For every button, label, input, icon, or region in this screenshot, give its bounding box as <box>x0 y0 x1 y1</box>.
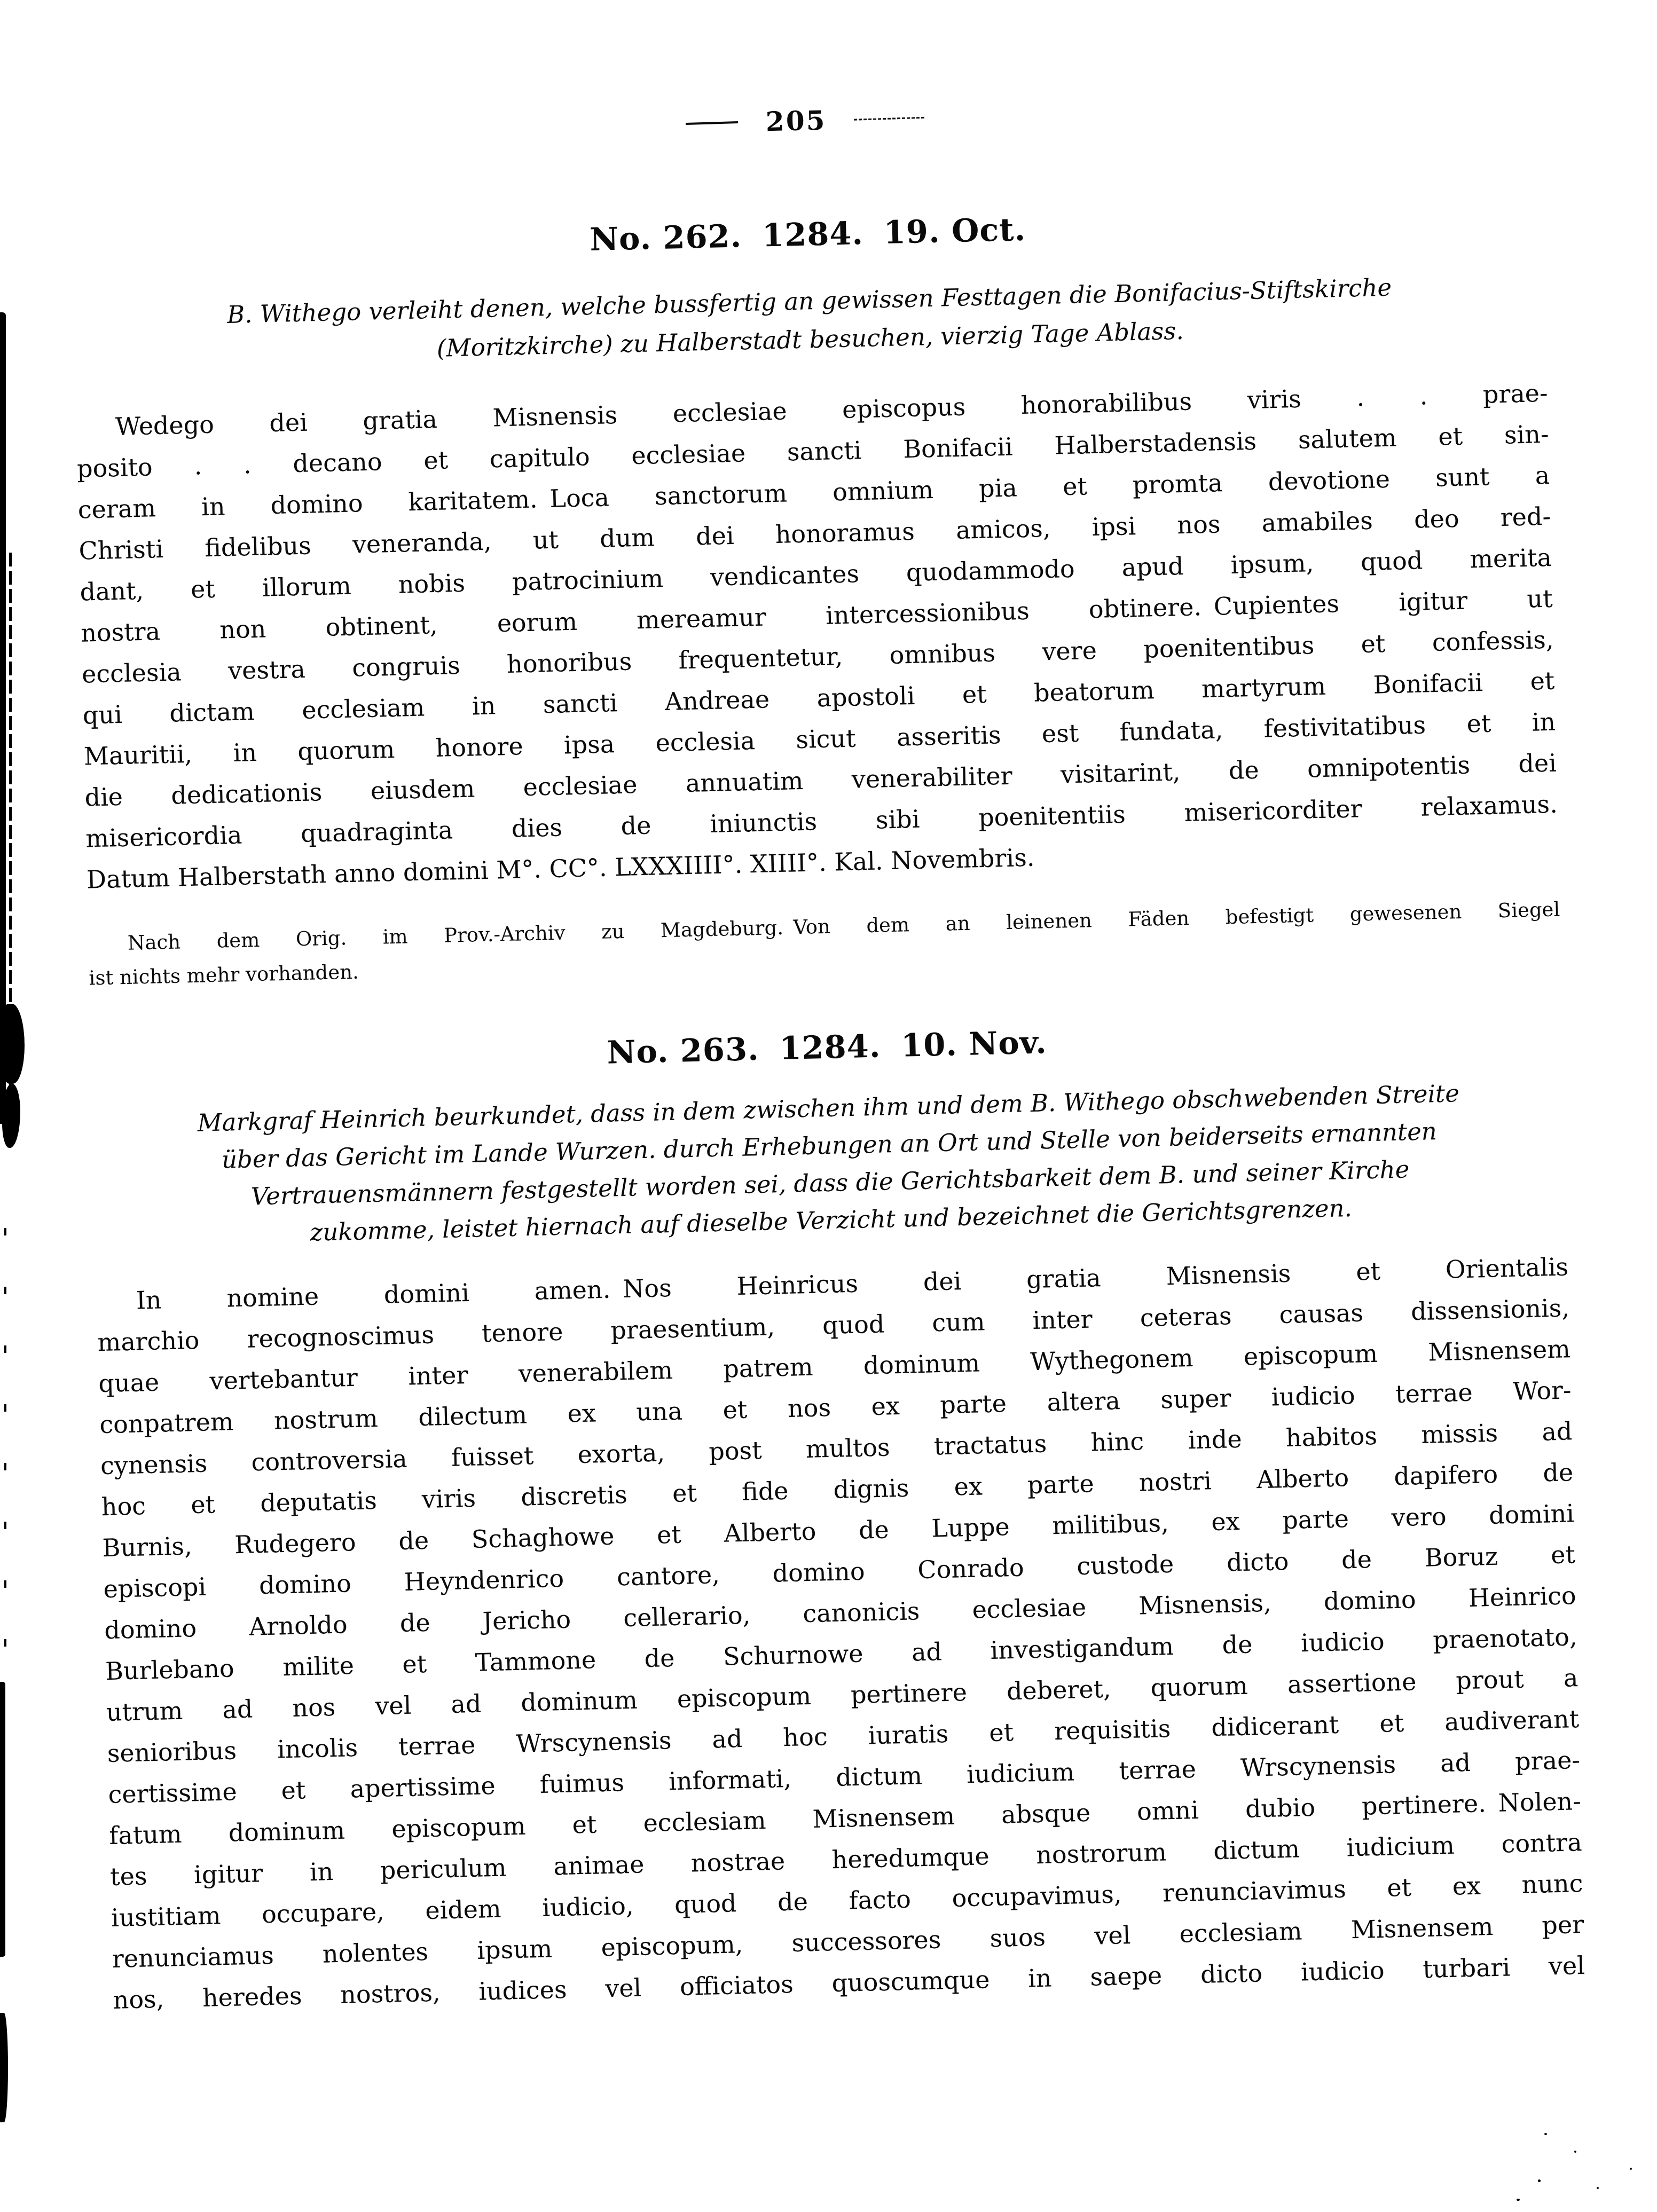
entry-263-number: No. 263. <box>607 1030 760 1071</box>
entry-262-year: 1284. <box>761 215 863 254</box>
scanned-page: 205 No. 262.1284.19. Oct. B. Withego ver… <box>0 0 1657 2212</box>
page-header: 205 <box>69 88 1542 154</box>
scan-speckle <box>1574 2151 1576 2153</box>
scan-artifact-blob <box>2 1084 20 1148</box>
entry-263-heading: No. 263.1284.10. Nov. <box>91 1010 1564 1085</box>
right-rule-dash <box>854 117 924 121</box>
entry-262-date: 19. Oct. <box>883 211 1026 251</box>
entry-263-summary: Markgraf Heinrich beurkundet, dass in de… <box>92 1072 1567 1256</box>
scan-speckle <box>1630 2168 1632 2170</box>
entry-262-heading: No. 262.1284.19. Oct. <box>72 197 1544 272</box>
scan-artifact-left-bar <box>0 312 6 1124</box>
scan-speckle <box>1538 2179 1541 2182</box>
scan-speckle <box>1597 2187 1599 2189</box>
scan-speckle <box>1517 2199 1520 2201</box>
entry-262-archival-note: Nach dem Orig. im Prov.-Archiv zu Magdeb… <box>88 893 1561 996</box>
entry-263-year: 1284. <box>779 1028 881 1067</box>
page-number: 205 <box>765 105 827 138</box>
entry-262-body: Wedego dei gratia Misnensis ecclesiae ep… <box>75 373 1559 901</box>
entry-262-number: No. 262. <box>589 217 742 258</box>
scan-artifact-ticks <box>4 1228 6 1666</box>
scan-speckle <box>1544 2133 1547 2135</box>
entry-263-date: 10. Nov. <box>900 1024 1047 1064</box>
scan-artifact-blob <box>0 1004 25 1084</box>
left-rule-dash <box>686 121 738 125</box>
scan-artifact-blob <box>0 2013 8 2122</box>
scan-artifact-left-bar <box>0 1682 5 1957</box>
page-content: 205 No. 262.1284.19. Oct. B. Withego ver… <box>66 0 1585 2021</box>
entry-263-body: In nomine domini amen. Nos Heinricus dei… <box>96 1246 1585 2021</box>
entry-262-summary: B. Withego verleiht denen, welche bussfe… <box>73 265 1547 376</box>
